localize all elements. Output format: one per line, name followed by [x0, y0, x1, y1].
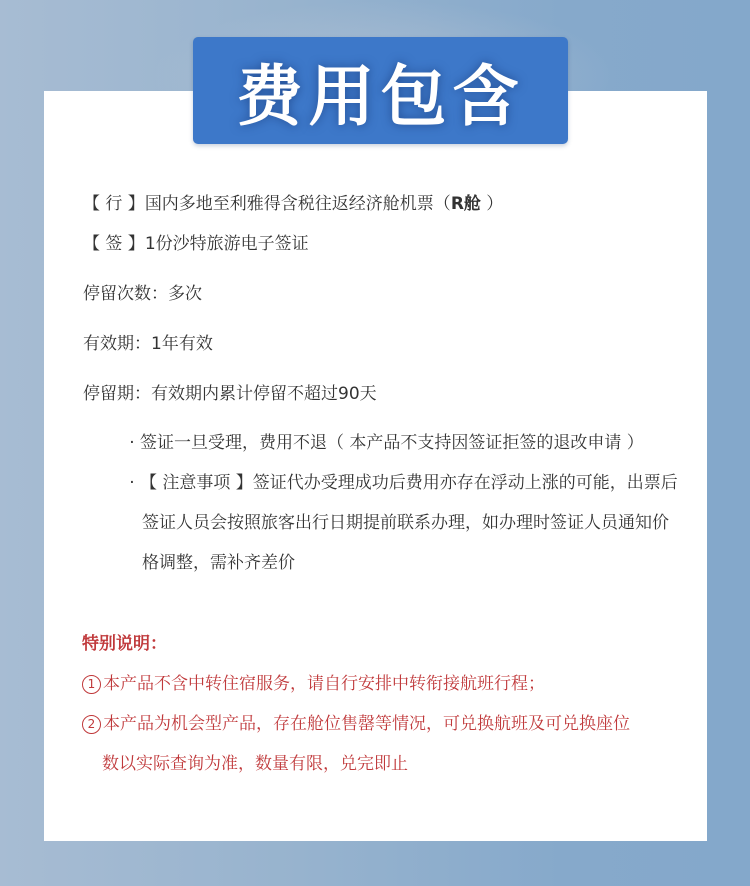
- detail-stay: 停留期：有效期内累计停留不超过90天: [83, 383, 377, 405]
- note-attention: ·【 注意事项 】签证代办受理成功后费用亦存在浮动上涨的可能，出票后 签证人员会…: [124, 463, 704, 583]
- detail-key: 有效期：: [83, 334, 151, 354]
- item-label: 【 行 】: [83, 194, 145, 214]
- note-text-line2: 签证人员会按照旅客出行日期提前联系办理，如办理时签证人员通知价: [124, 503, 704, 543]
- item-label: 【 签 】: [83, 234, 145, 254]
- bullet-dot: ·: [124, 423, 140, 463]
- special-text: 本产品不含中转住宿服务，请自行安排中转衔接航班行程；: [103, 674, 545, 694]
- note-text: 签证一旦受理，费用不退（ 本产品不支持因签证拒签的退改申请 ）: [140, 433, 644, 453]
- item-text: 国内多地至利雅得含税往返经济舱机票（: [145, 194, 451, 214]
- detail-value: 多次: [168, 284, 202, 304]
- note-text-line1: 【 注意事项 】签证代办受理成功后费用亦存在浮动上涨的可能，出票后: [140, 473, 678, 493]
- detail-key: 停留次数：: [83, 284, 168, 304]
- section-banner: 费用包含: [193, 37, 568, 144]
- detail-value: 有效期内累计停留不超过90天: [151, 384, 377, 404]
- detail-key: 停留期：: [83, 384, 151, 404]
- special-title: 特别说明：: [82, 624, 167, 664]
- circled-number: 2: [82, 715, 101, 734]
- item-visa: 【 签 】1份沙特旅游电子签证: [83, 233, 309, 255]
- special-item-2: 2本产品为机会型产品，存在舱位售罄等情况，可兑换航班及可兑换座位 数以实际查询为…: [82, 704, 630, 784]
- special-text-line1: 本产品为机会型产品，存在舱位售罄等情况，可兑换航班及可兑换座位: [103, 714, 630, 734]
- bullet-dot: ·: [124, 463, 140, 503]
- detail-entries: 停留次数：多次: [83, 283, 202, 305]
- item-flight: 【 行 】国内多地至利雅得含税往返经济舱机票（R舱 ）: [83, 193, 503, 215]
- special-item-1: 1本产品不含中转住宿服务，请自行安排中转衔接航班行程；: [82, 664, 545, 704]
- note-refund: ·签证一旦受理，费用不退（ 本产品不支持因签证拒签的退改申请 ）: [124, 423, 704, 463]
- banner-title: 费用包含: [237, 43, 525, 138]
- note-text-line3: 格调整，需补齐差价: [124, 543, 704, 583]
- detail-value: 1年有效: [151, 334, 213, 354]
- special-text-line2: 数以实际查询为准，数量有限，兑完即止: [82, 754, 408, 774]
- cabin-code: R舱: [451, 194, 481, 214]
- item-text: 1份沙特旅游电子签证: [145, 234, 309, 254]
- item-suffix: ）: [481, 194, 503, 214]
- detail-validity: 有效期：1年有效: [83, 333, 213, 355]
- circled-number: 1: [82, 675, 101, 694]
